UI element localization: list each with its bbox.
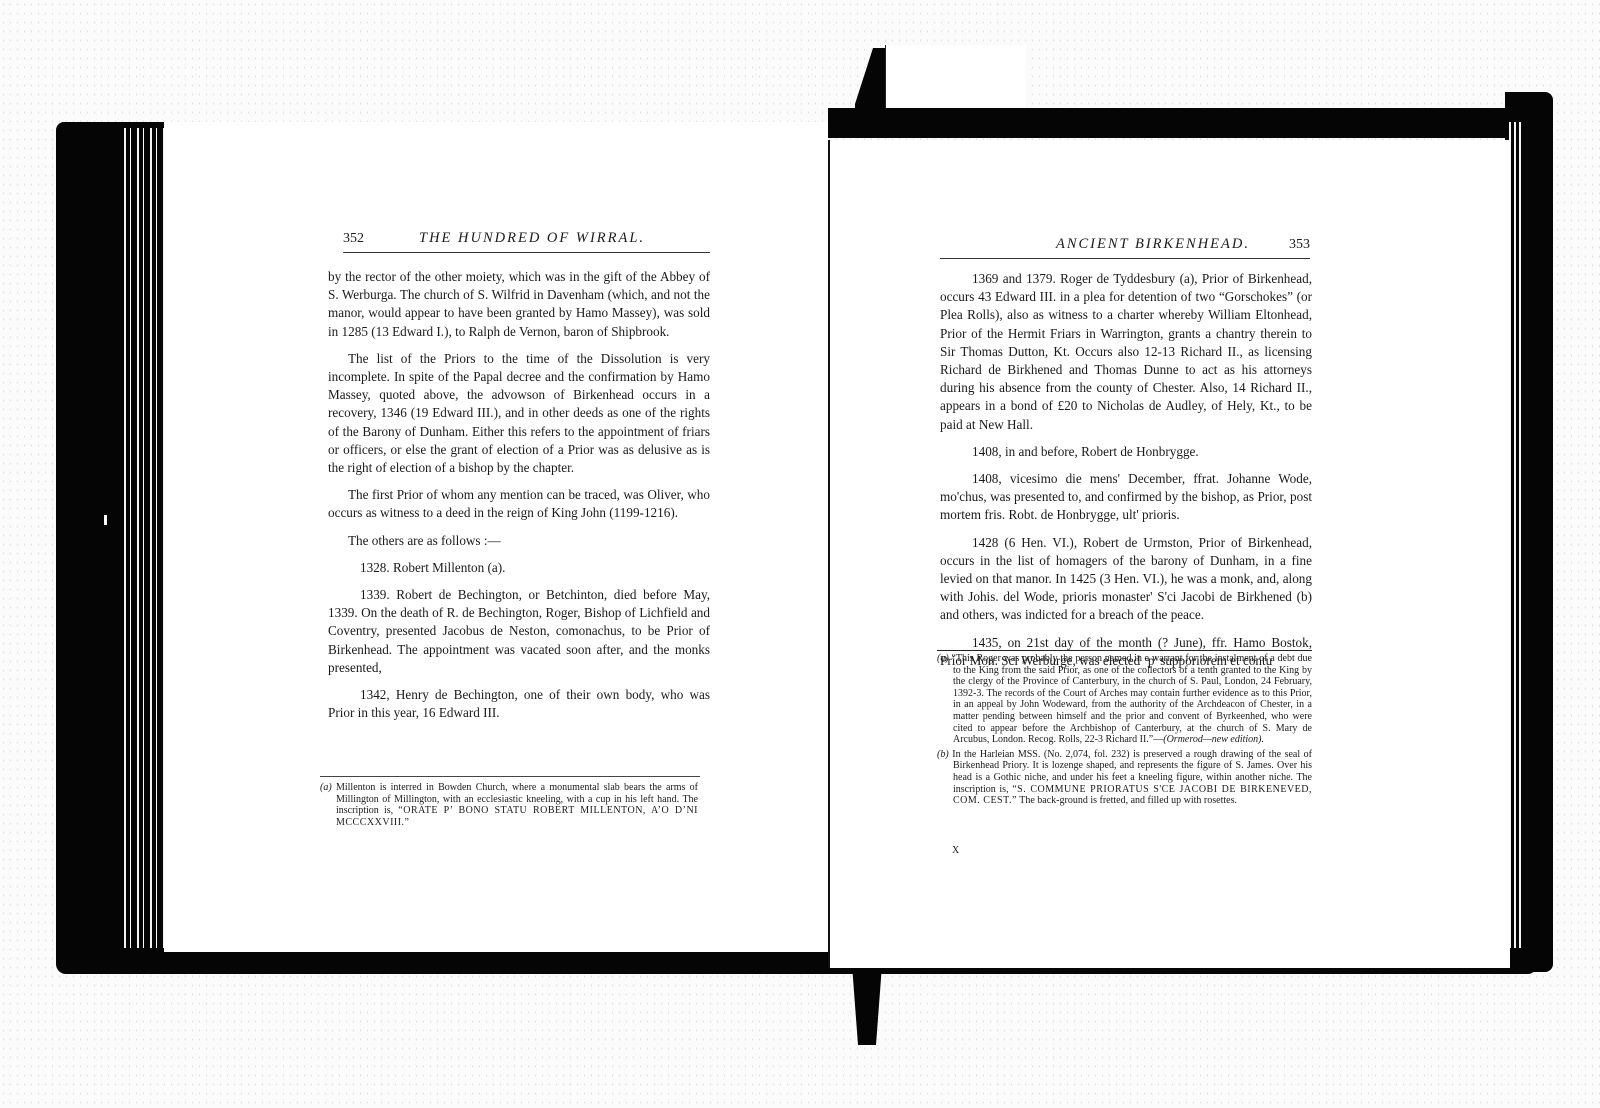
footnote-text: “This Roger was probably the person name… [951, 653, 1312, 745]
left-page-number: 352 [343, 231, 419, 247]
paragraph: The others are as follows :— [328, 532, 710, 550]
footnote-mark: (a) [320, 782, 332, 793]
left-footnotes: (a) Millenton is interred in Bowden Chur… [320, 782, 698, 831]
page-edges-left [118, 128, 166, 956]
prior-entry: 1428 (6 Hen. VI.), Robert de Urmston, Pr… [940, 534, 1312, 625]
binding-mark [104, 515, 107, 525]
paragraph: The list of the Priors to the time of th… [328, 350, 710, 477]
right-running-head: ANCIENT BIRKENHEAD. 353 [940, 236, 1310, 259]
book-cover-right-edge [1505, 92, 1553, 972]
page-edges-right [1509, 122, 1523, 962]
left-body-text: by the rector of the other moiety, which… [328, 268, 710, 731]
right-body-text: 1369 and 1379. Roger de Tyddesbury (a), … [940, 270, 1312, 679]
footnote-mark: (b) [937, 749, 949, 760]
footnote-mark: (a) [937, 653, 949, 664]
prior-entry: 1339. Robert de Bechington, or Betchinto… [328, 586, 710, 677]
right-footnote-rule [937, 650, 1312, 651]
prior-entry: 1342, Henry de Bechington, one of their … [328, 686, 710, 722]
right-page-number: 353 [1250, 237, 1310, 253]
right-footnotes: (a) “This Roger was probably the person … [937, 653, 1312, 810]
left-running-title: THE HUNDRED OF WIRRAL. [419, 230, 645, 247]
right-running-title: ANCIENT BIRKENHEAD. [1056, 236, 1250, 253]
prior-entry: 1369 and 1379. Roger de Tyddesbury (a), … [940, 270, 1312, 434]
book-cover-left-edge [56, 122, 166, 960]
paragraph: The first Prior of whom any mention can … [328, 486, 710, 522]
prior-entry: 1408, in and before, Robert de Honbrygge… [940, 443, 1312, 461]
left-footnote-rule [320, 776, 700, 777]
paragraph: by the rector of the other moiety, which… [328, 268, 710, 341]
book-cover-top-edge [828, 108, 1548, 138]
prior-entry: 1408, vicesimo die mens' December, ffrat… [940, 470, 1312, 525]
footnote-a: (a) “This Roger was probably the person … [937, 653, 1312, 746]
signature-mark: X [952, 845, 959, 856]
footnote-text-after: The back-ground is fretted, and filled u… [1017, 795, 1237, 806]
left-running-head: 352 THE HUNDRED OF WIRRAL. [343, 230, 710, 253]
footnote-b: (b) In the Harleian MSS. (No. 2,074, fol… [937, 749, 1312, 807]
footnote-source: (Ormerod—new edition). [1163, 734, 1264, 745]
prior-entry: 1328. Robert Millenton (a). [328, 559, 710, 577]
footnote-a: (a) Millenton is interred in Bowden Chur… [320, 782, 698, 828]
